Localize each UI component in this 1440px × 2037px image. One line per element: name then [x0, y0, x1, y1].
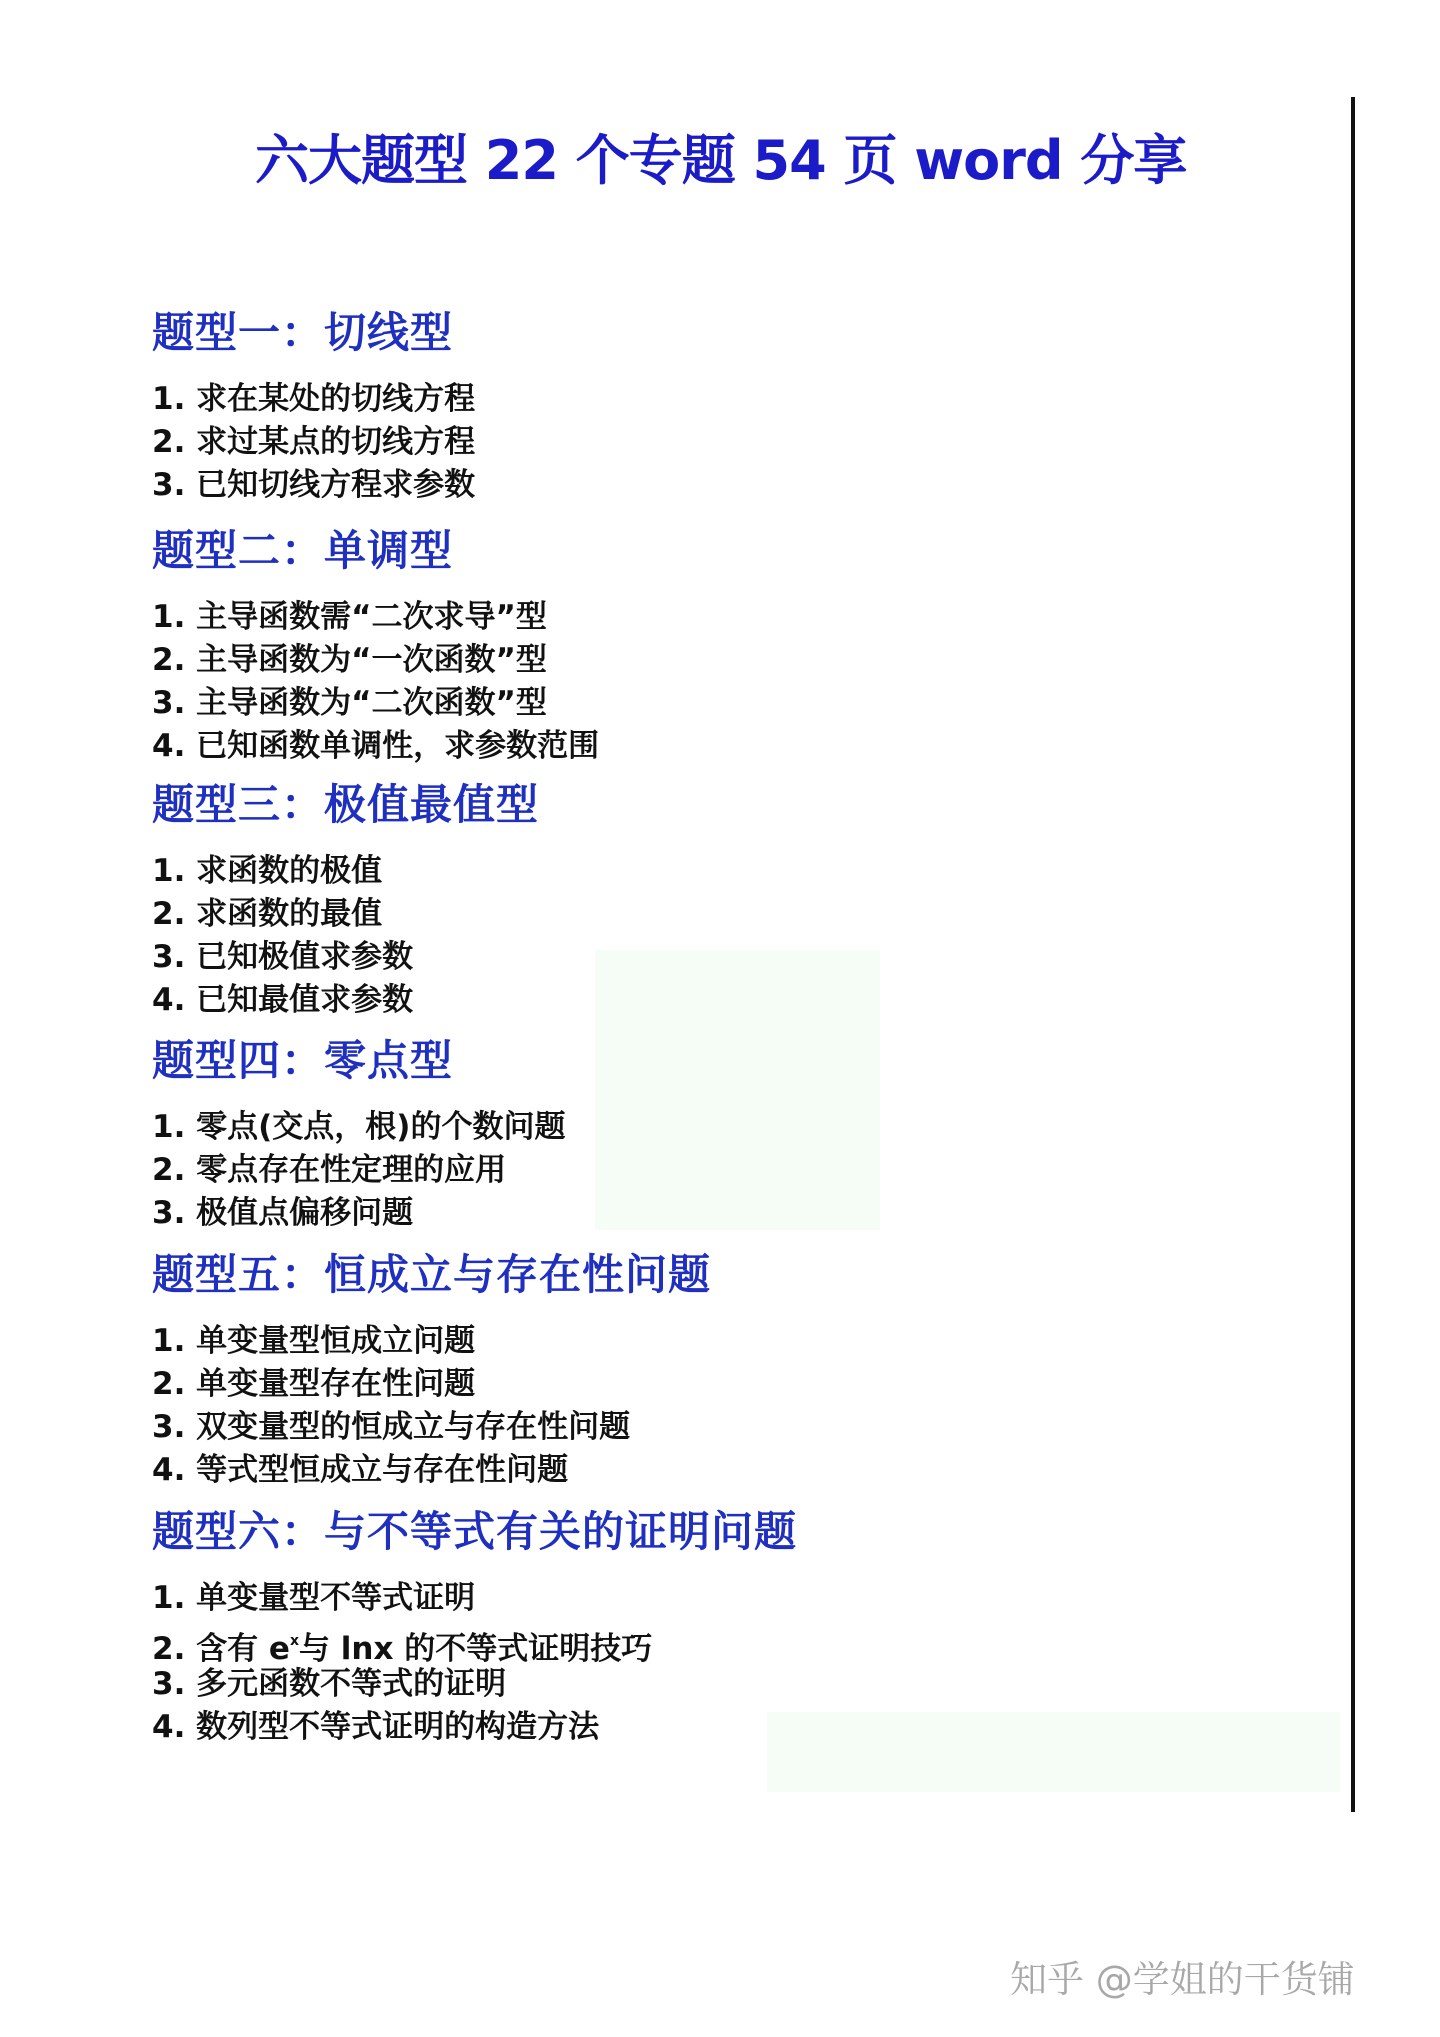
section-tangent: 题型一：切线型 1. 求在某处的切线方程 2. 求过某点的切线方程 3. 已知切…: [152, 310, 475, 507]
list-item: 3. 双变量型的恒成立与存在性问题: [152, 1406, 711, 1449]
section-constant-existence: 题型五：恒成立与存在性问题 1. 单变量型恒成立问题 2. 单变量型存在性问题 …: [152, 1252, 711, 1492]
list-item: 4. 已知最值求参数: [152, 979, 539, 1022]
item-text-suffix: 与 lnx 的不等式证明技巧: [299, 1631, 652, 1667]
list-item: 2. 含有 ex与 lnx 的不等式证明技巧: [152, 1620, 797, 1663]
section-monotonic: 题型二：单调型 1. 主导函数需“二次求导”型 2. 主导函数为“一次函数”型 …: [152, 528, 599, 768]
list-item: 4. 等式型恒成立与存在性问题: [152, 1449, 711, 1492]
section-heading: 题型五：恒成立与存在性问题: [152, 1252, 711, 1298]
list-item: 1. 单变量型恒成立问题: [152, 1320, 711, 1363]
background-patch: [595, 950, 880, 1230]
list-item: 1. 零点(交点，根)的个数问题: [152, 1106, 565, 1149]
list-item: 1. 单变量型不等式证明: [152, 1577, 797, 1620]
list-item: 3. 多元函数不等式的证明: [152, 1663, 797, 1706]
section-heading: 题型六：与不等式有关的证明问题: [152, 1509, 797, 1555]
list-item: 3. 主导函数为“二次函数”型: [152, 682, 599, 725]
list-item: 1. 主导函数需“二次求导”型: [152, 596, 599, 639]
section-extremum: 题型三：极值最值型 1. 求函数的极值 2. 求函数的最值 3. 已知极值求参数…: [152, 782, 539, 1022]
list-item: 1. 求函数的极值: [152, 850, 539, 893]
list-item: 3. 极值点偏移问题: [152, 1192, 565, 1235]
list-item: 2. 零点存在性定理的应用: [152, 1149, 565, 1192]
section-heading: 题型三：极值最值型: [152, 782, 539, 828]
section-inequality-proof: 题型六：与不等式有关的证明问题 1. 单变量型不等式证明 2. 含有 ex与 l…: [152, 1509, 797, 1749]
section-zero-point: 题型四：零点型 1. 零点(交点，根)的个数问题 2. 零点存在性定理的应用 3…: [152, 1038, 565, 1235]
section-heading: 题型二：单调型: [152, 528, 599, 574]
background-patch: [767, 1712, 1340, 1792]
section-heading: 题型四：零点型: [152, 1038, 565, 1084]
list-item: 2. 求过某点的切线方程: [152, 421, 475, 464]
list-item: 3. 已知切线方程求参数: [152, 464, 475, 507]
watermark: 知乎 @学姐的干货铺: [1010, 1956, 1355, 2004]
list-item: 2. 主导函数为“一次函数”型: [152, 639, 599, 682]
page-title: 六大题型 22 个专题 54 页 word 分享: [255, 126, 1215, 196]
page-border-line: [1351, 97, 1355, 1812]
item-text-prefix: 2. 含有 e: [152, 1631, 290, 1667]
list-item: 2. 单变量型存在性问题: [152, 1363, 711, 1406]
section-heading: 题型一：切线型: [152, 310, 475, 356]
list-item: 4. 已知函数单调性，求参数范围: [152, 725, 599, 768]
list-item: 2. 求函数的最值: [152, 893, 539, 936]
exponent: x: [290, 1633, 299, 1649]
list-item: 1. 求在某处的切线方程: [152, 378, 475, 421]
list-item: 3. 已知极值求参数: [152, 936, 539, 979]
list-item: 4. 数列型不等式证明的构造方法: [152, 1706, 797, 1749]
